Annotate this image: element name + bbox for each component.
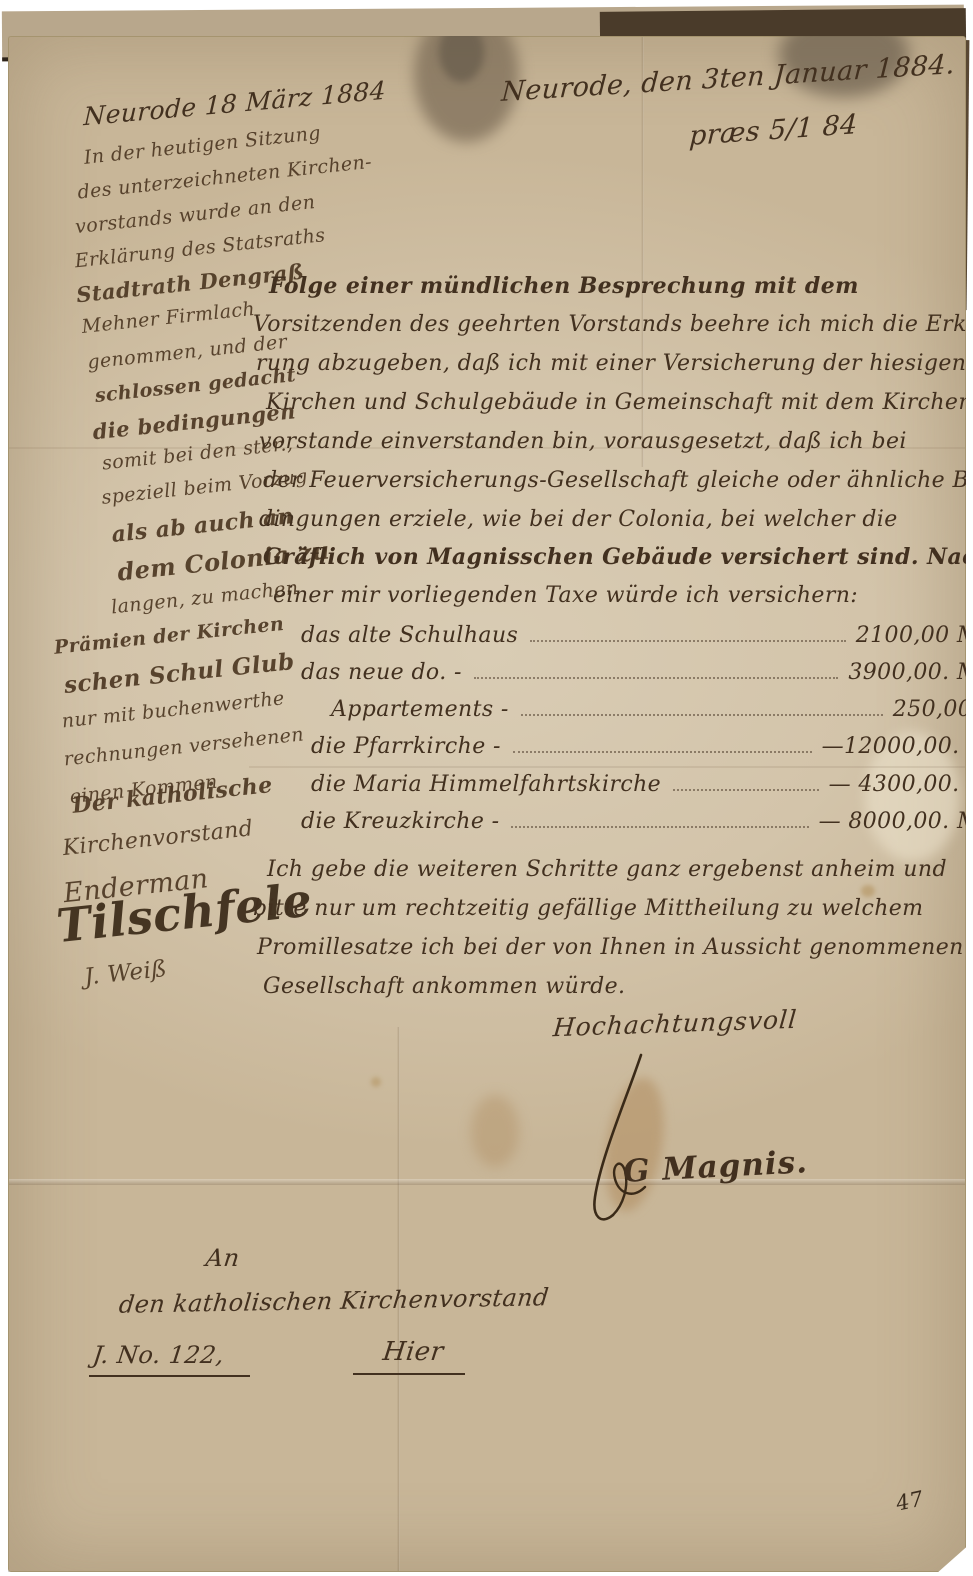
valuation-row: die Pfarrkirche - —12000,00. Mk. — [251, 734, 973, 759]
valuation-amount: — 4300,00. Mk. — [829, 772, 973, 797]
journal-number-text: J. No. 122, — [91, 1341, 226, 1369]
leader-dots — [511, 812, 808, 828]
valuation-row: Appartements - 250,00. Mk. — [251, 697, 973, 722]
valuation-row: das alte Schulhaus 2100,00 Mk. — [251, 623, 973, 648]
ink-stain — [471, 1095, 519, 1167]
fox-spot — [371, 1077, 381, 1087]
closing-line: Ich gebe die weiteren Schritte ganz erge… — [267, 857, 947, 882]
body-line: Folge einer mündlichen Besprechung mit d… — [269, 273, 859, 299]
corner-mark: 47 — [894, 1486, 926, 1515]
body-line: der Feuerversicherungs-Gesellschaft glei… — [263, 468, 973, 493]
valuation-row: die Kreuzkirche - — 8000,00. Mk. — [251, 809, 973, 834]
signature-flourish — [549, 1047, 849, 1237]
address-salutation-text: An — [204, 1244, 241, 1272]
valuation-amount: — 8000,00. Mk. — [819, 809, 973, 834]
margin-note-line: Kirchenvorstand — [61, 816, 254, 861]
valuation-amount: 3900,00. Mk. — [848, 660, 973, 685]
body-line: Kirchen und Schulgebäude in Gemeinschaft… — [266, 390, 973, 415]
closing-line: bitte nur um rechtzeitig gefällige Mitth… — [253, 896, 923, 921]
signature: G Magnis. — [549, 1047, 849, 1237]
journal-number: J. No. 122, — [89, 1341, 250, 1377]
address-place-text: Hier — [381, 1337, 445, 1367]
address-place: Hier — [353, 1337, 465, 1375]
valuation-row: die Maria Himmelfahrtskirche — 4300,00. … — [251, 772, 973, 797]
scanned-letter-photo: Neurode, den 3ten Januar 1884. præs 5/1 … — [0, 0, 973, 1576]
leader-dots — [474, 663, 839, 679]
valuation-amount: 250,00. Mk. — [893, 697, 973, 722]
margin-signature: J. Weiß — [83, 956, 168, 991]
margin-date-text: Neurode 18 März 1884 — [83, 76, 386, 132]
address-recipient: den katholischen Kirchenvorstand — [119, 1283, 549, 1318]
address-salutation: An — [206, 1244, 240, 1272]
leader-dots — [530, 626, 846, 642]
valuation-label: das neue do. - — [301, 660, 462, 685]
praes-note-text: præs 5/1 84 — [688, 109, 858, 152]
leader-dots — [513, 737, 812, 753]
valuation-amount: —12000,00. Mk. — [822, 734, 973, 759]
praes-note: præs 5/1 84 — [688, 109, 859, 152]
body-line: Gräflich von Magnisschen Gebäude versich… — [263, 544, 973, 570]
valuation-row: das neue do. - 3900,00. Mk. — [251, 660, 973, 685]
body-line: Vorsitzenden des geehrten Vorstands beeh… — [253, 312, 973, 337]
valuation-label: die Kreuzkirche - — [301, 809, 499, 834]
valediction: Hochachtungsvoll — [553, 1005, 798, 1043]
body-line: einer mir vorliegenden Taxe würde ich ve… — [273, 583, 858, 608]
valuation-label: die Maria Himmelfahrtskirche — [311, 772, 661, 797]
leader-dots — [673, 775, 818, 791]
margin-date-note: Neurode 18 März 1884 — [82, 76, 387, 131]
fold-crease — [249, 766, 965, 768]
closing-line: Gesellschaft ankommen würde. — [263, 974, 625, 999]
closing-line: Promillesatze ich bei der von Ihnen in A… — [257, 935, 964, 960]
address-recipient-text: den katholischen Kirchenvorstand — [118, 1283, 551, 1319]
valuation-label: die Pfarrkirche - — [311, 734, 501, 759]
valuation-label: Appartements - — [331, 697, 509, 722]
valuation-amount: 2100,00 Mk. — [856, 623, 973, 648]
paper: Neurode, den 3ten Januar 1884. præs 5/1 … — [8, 36, 966, 1572]
valediction-text: Hochachtungsvoll — [552, 1005, 799, 1043]
header-place-date-text: Neurode, den 3ten Januar 1884. — [500, 49, 955, 108]
body-line: dingungen erziele, wie bei der Colonia, … — [259, 507, 898, 532]
body-line: vorstande einverstanden bin, vorausgeset… — [259, 429, 907, 454]
valuation-label: das alte Schulhaus — [301, 623, 518, 648]
header-place-date: Neurode, den 3ten Januar 1884. — [500, 49, 955, 108]
leader-dots — [521, 700, 883, 716]
body-line: rung abzugeben, daß ich mit einer Versic… — [256, 351, 966, 376]
